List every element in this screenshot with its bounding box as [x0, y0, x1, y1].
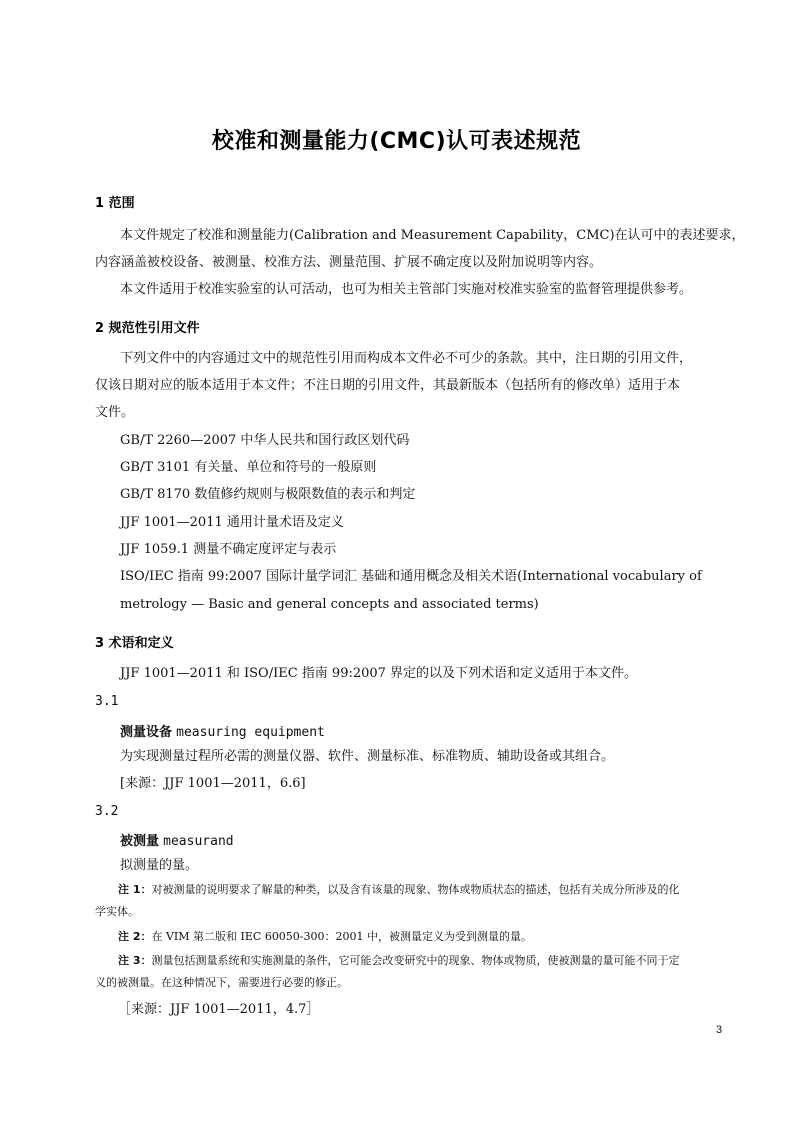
section-2-paragraph-line-2: 仅该日期对应的版本适用于本文件；不注日期的引用文件，其最新版本（包括所有的修改单… [95, 372, 680, 399]
reference-item: JJF 1001—2011 通用计量术语及定义 [120, 509, 344, 536]
note-label: 注 3： [118, 954, 151, 967]
document-page: 校准和测量能力(CMC)认可表述规范 1 范围 本文件规定了校准和测量能力(Ca… [0, 0, 793, 1123]
section-1-paragraph-2: 本文件适用于校准实验室的认可活动，也可为相关主管部门实施对校准实验室的监督管理提… [120, 276, 692, 303]
term-definition: 拟测量的量。 [120, 852, 198, 879]
term-chinese: 测量设备 [120, 725, 172, 740]
section-1-paragraph-1-line-1: 本文件规定了校准和测量能力(Calibration and Measuremen… [120, 222, 745, 249]
term-number: 3.1 [95, 694, 118, 709]
note-label: 注 2： [118, 930, 151, 943]
section-3-intro: JJF 1001—2011 和 ISO/IEC 指南 99:2007 界定的以及… [120, 660, 637, 687]
section-2-heading: 2 规范性引用文件 [95, 317, 200, 336]
term-english: measuring equipment [176, 725, 325, 740]
reference-item: JJF 1059.1 测量不确定度评定与表示 [120, 536, 336, 563]
term-definition: 为实现测量过程所必需的测量仪器、软件、测量标准、标准物质、辅助设备或其组合。 [120, 743, 614, 770]
reference-item: ISO/IEC 指南 99:2007 国际计量学词汇 基础和通用概念及相关术语(… [120, 563, 702, 590]
note-1-continuation: 学实体。 [95, 901, 139, 923]
section-3-heading: 3 术语和定义 [95, 632, 174, 651]
note-label: 注 1： [118, 883, 151, 896]
note-3: 注 3：测量包括测量系统和实施测量的条件，它可能会改变研究中的现象、物体或物质，… [118, 950, 679, 972]
reference-item: GB/T 3101 有关量、单位和符号的一般原则 [120, 454, 376, 481]
section-1-paragraph-1-line-2: 内容涵盖被校设备、被测量、校准方法、测量范围、扩展不确定度以及附加说明等内容。 [95, 249, 602, 276]
note-text: 在 VIM 第二版和 IEC 60050-300：2001 中，被测量定义为受到… [151, 930, 532, 943]
term-heading: 测量设备 measuring equipment [120, 721, 325, 740]
document-title: 校准和测量能力(CMC)认可表述规范 [0, 124, 793, 155]
term-source: ［来源：JJF 1001—2011，4.7］ [118, 996, 319, 1023]
section-2-paragraph-line-1: 下列文件中的内容通过文中的规范性引用而构成本文件必不可少的条款。其中，注日期的引… [120, 345, 692, 372]
note-text: 测量包括测量系统和实施测量的条件，它可能会改变研究中的现象、物体或物质，使被测量… [151, 954, 679, 967]
reference-item-continuation: metrology — Basic and general concepts a… [120, 591, 539, 618]
term-heading: 被测量 measurand [120, 830, 234, 849]
page-number: 3 [716, 1024, 722, 1036]
term-source: [来源：JJF 1001—2011，6.6] [120, 770, 306, 797]
term-chinese: 被测量 [120, 834, 159, 849]
note-1: 注 1：对被测量的说明要求了解量的种类，以及含有该量的现象、物体或物质状态的描述… [118, 879, 679, 901]
reference-item: GB/T 8170 数值修约规则与极限数值的表示和判定 [120, 481, 415, 508]
section-1-heading: 1 范围 [95, 192, 135, 211]
note-3-continuation: 义的被测量。在这种情况下，需要进行必要的修正。 [95, 972, 348, 994]
note-2: 注 2：在 VIM 第二版和 IEC 60050-300：2001 中，被测量定… [118, 926, 532, 948]
reference-item: GB/T 2260—2007 中华人民共和国行政区划代码 [120, 427, 409, 454]
term-english: measurand [163, 834, 233, 849]
term-number: 3.2 [95, 804, 118, 819]
note-text: 对被测量的说明要求了解量的种类，以及含有该量的现象、物体或物质状态的描述，包括有… [151, 883, 679, 896]
section-2-paragraph-line-3: 文件。 [95, 399, 134, 426]
